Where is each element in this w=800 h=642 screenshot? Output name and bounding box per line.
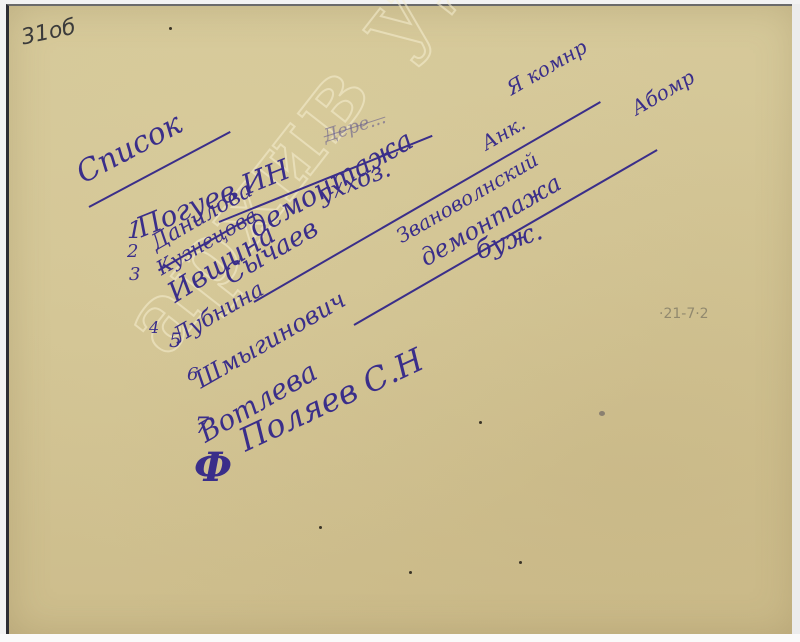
faint-stamp: ·21-7·2 [659, 306, 709, 322]
document-page: архив удмуртии 31об ·21-7·2 Список 1 Пог… [6, 4, 797, 636]
entry-number-4: 4 [149, 318, 159, 337]
entry-number-3: 3 [129, 264, 140, 285]
paper-speck [519, 561, 522, 564]
paper-speck [319, 526, 322, 529]
signature-mark: Ф [194, 444, 232, 491]
paper-speck [409, 571, 412, 574]
paper-speck [599, 411, 605, 416]
scan-edge-right [792, 4, 800, 636]
sheet-number: 31об [19, 15, 78, 51]
paper-speck [169, 27, 172, 30]
annotation-abomr: Абомр [627, 65, 699, 120]
paper-speck [479, 421, 482, 424]
document-title: Список [71, 106, 188, 191]
scan-edge-bottom [0, 634, 800, 642]
annotation-komnr: Я комнр [502, 35, 591, 100]
entry-number-2: 2 [127, 241, 138, 262]
